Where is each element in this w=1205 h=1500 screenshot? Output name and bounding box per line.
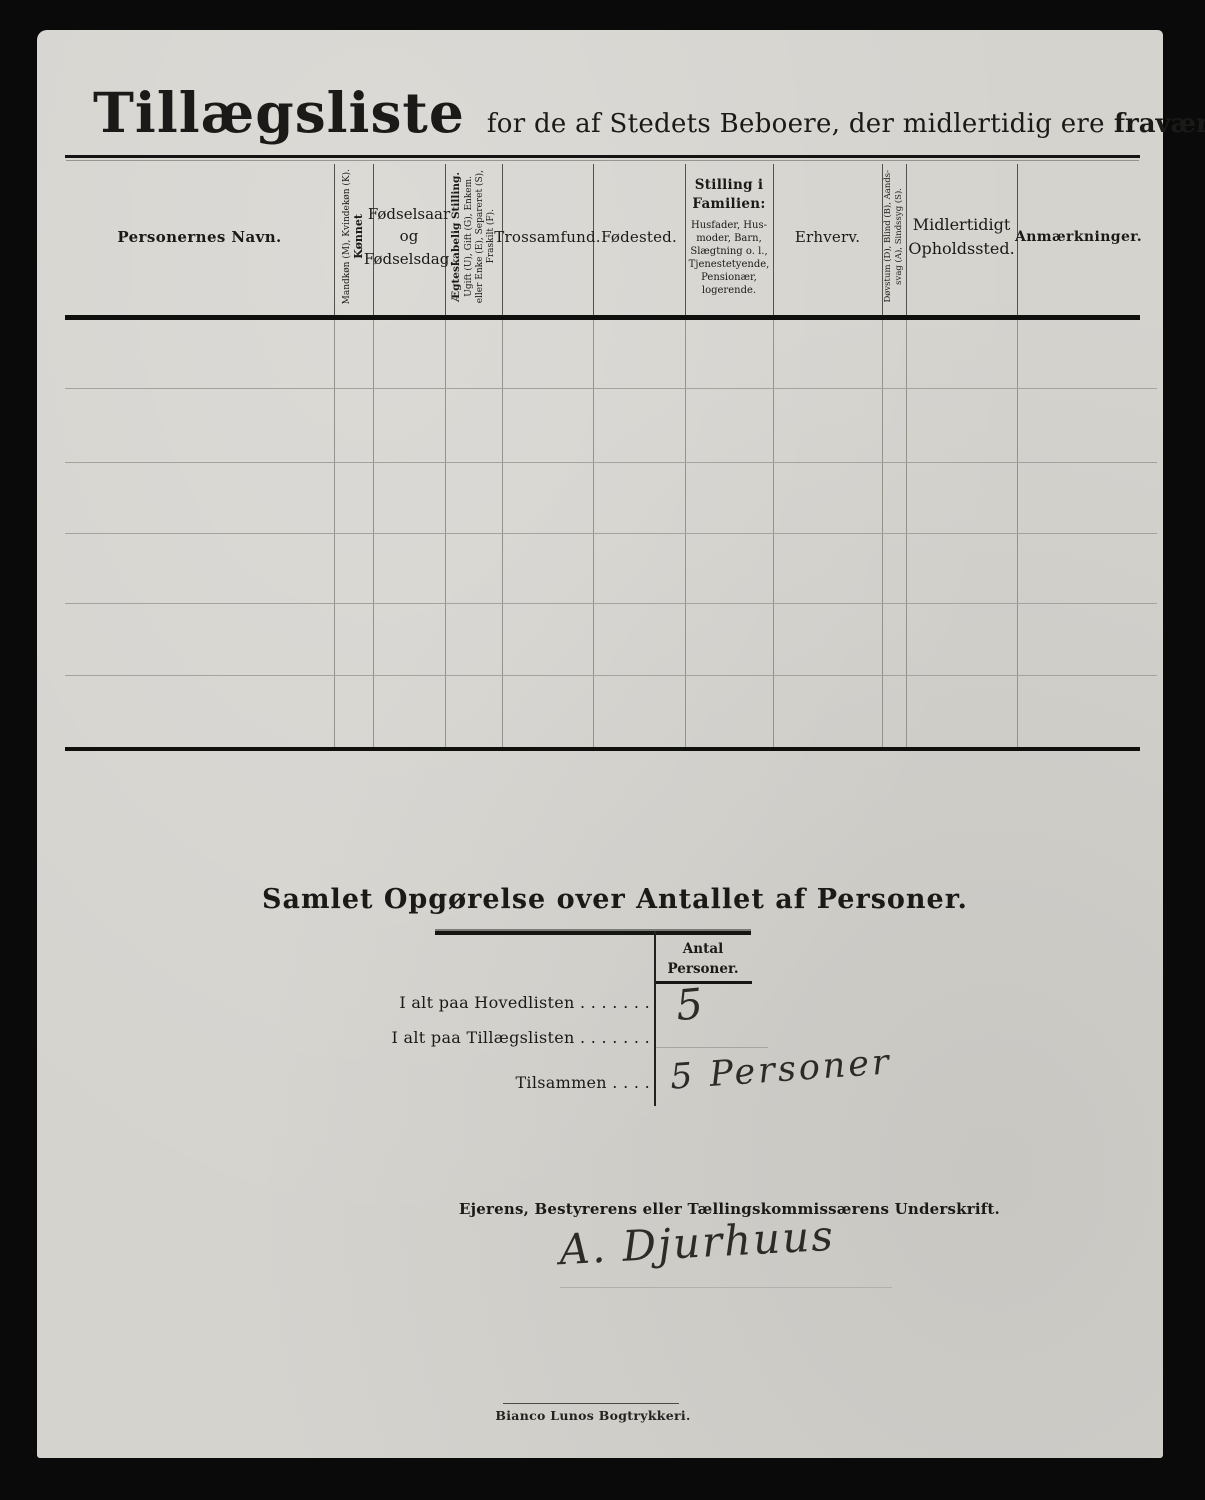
paper-sheet: Tillægsliste for de af Stedets Beboere, … <box>37 30 1163 1458</box>
handwritten-tilsammen-value: 5 Personer <box>669 1042 893 1097</box>
summary-faint-rule <box>656 1047 768 1048</box>
page-title: Tillægsliste for de af Stedets Beboere, … <box>93 80 1205 145</box>
table-bottom-rule <box>65 747 1140 751</box>
title-subtitle-bold: fraværende. <box>1114 109 1205 139</box>
table-row <box>65 603 1157 604</box>
column-header-fodselsaar: Fødselsaar og Fødselsdag. <box>373 158 445 315</box>
column-header-erhverv: Erhverv. <box>773 158 882 315</box>
summary-value-column-header: Antal Personer. <box>656 939 750 980</box>
column-header-navn: Personernes Navn. <box>65 158 334 315</box>
title-main: Tillægsliste <box>93 80 465 145</box>
column-header-fodested: Fødested. <box>593 158 685 315</box>
column-header-anmaerkninger: Anmærkninger. <box>1017 158 1140 315</box>
column-header-trossamfund: Trossamfund. <box>502 158 593 315</box>
table-row <box>65 388 1157 389</box>
summary-row-hovedlisten: I alt paa Hovedlisten . . . . . . . <box>317 993 650 1012</box>
summary-row-tilsammen: Tilsammen . . . . <box>317 1073 650 1092</box>
column-header-stilling: Stilling i Familien: Husfader, Hus- mode… <box>685 158 773 315</box>
table-row <box>65 675 1157 676</box>
summary-heading: Samlet Opgørelse over Antallet af Person… <box>262 884 942 915</box>
summary-row-tillaegslisten: I alt paa Tillægslisten . . . . . . . <box>317 1028 650 1047</box>
column-header-opholdssted: Midlertidigt Opholdssted. <box>906 158 1017 315</box>
printer-rule <box>503 1403 679 1404</box>
printer-imprint: Bianco Lunos Bogtrykkeri. <box>473 1408 713 1423</box>
title-subtitle: for de af Stedets Beboere, der midlertid… <box>487 109 1105 139</box>
summary-top-rule <box>435 931 751 935</box>
table-row <box>65 533 1157 534</box>
table-header: Personernes Navn. Mandkøn (M), Kvindekøn… <box>65 158 1140 315</box>
scanned-census-form: { "colors": { "paper": "#d5d3ce", "print… <box>0 0 1205 1500</box>
signature-line <box>560 1287 892 1288</box>
summary-mid-rule <box>656 981 752 984</box>
signature-handwriting: A. Djurhuus <box>506 1208 888 1277</box>
handwritten-hovedlisten-value: 5 <box>674 979 705 1030</box>
table-row <box>65 462 1157 463</box>
column-header-dovstum: Døvstum (D), Blind (B), Aands- svag (A),… <box>882 158 906 315</box>
